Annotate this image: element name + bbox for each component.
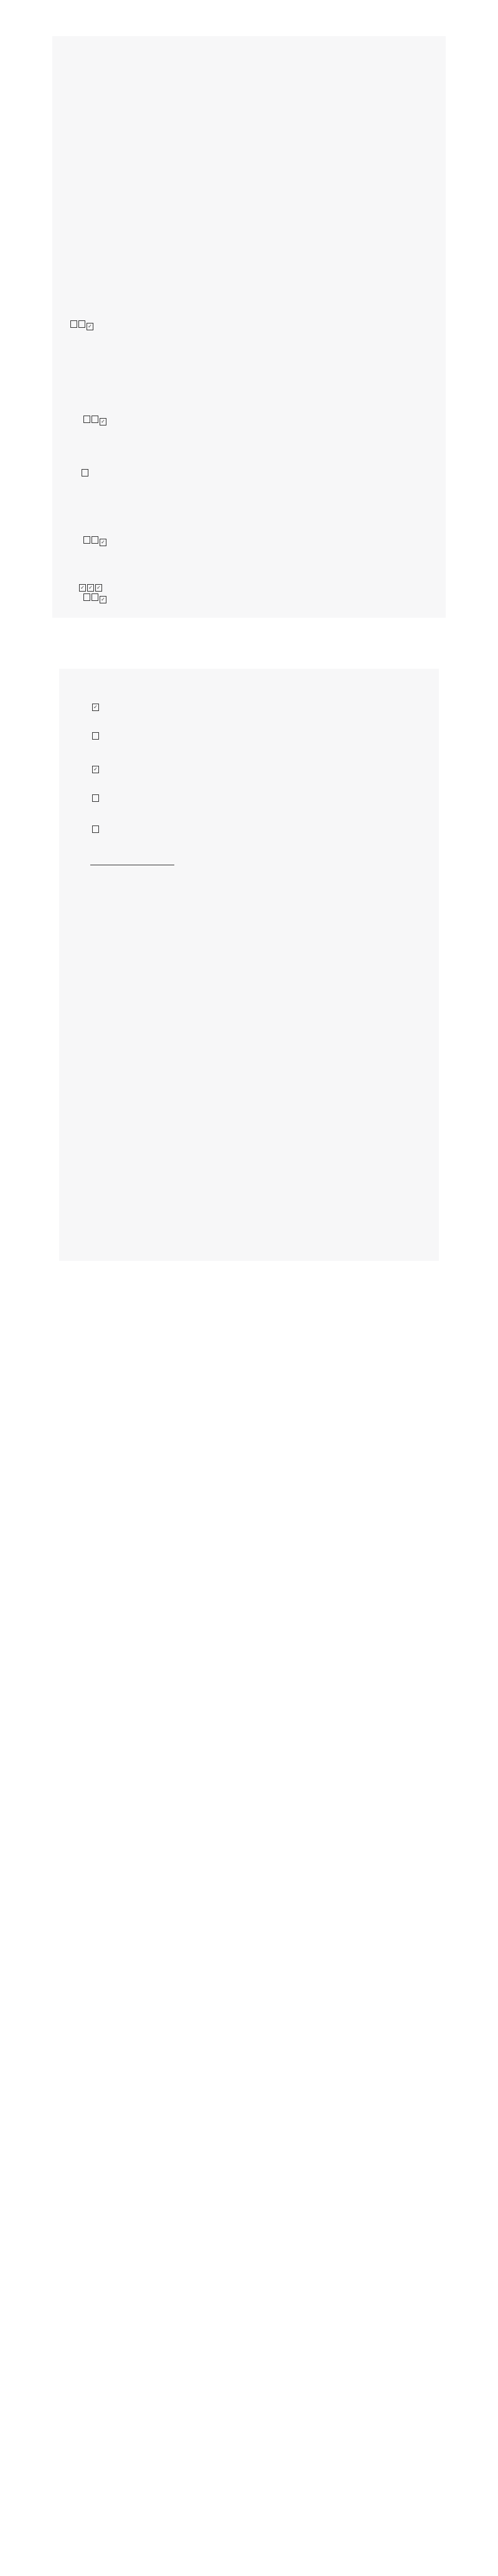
requirement-5: [92, 825, 100, 834]
section-4-1-text: ✓✓✓: [78, 582, 103, 592]
requirement-2: [92, 732, 100, 741]
requirement-6: [90, 858, 174, 867]
other-option: [81, 469, 89, 478]
requirement-3: ✓: [92, 763, 100, 773]
checkbox-service-checked: ✓: [87, 323, 93, 330]
document-page-4: [52, 36, 446, 618]
checkbox-construction: [70, 320, 77, 328]
document-page-5: [59, 669, 439, 1261]
service-location-text: ✓: [83, 593, 107, 603]
requirement-4: [92, 794, 100, 803]
quality-text: ✓: [83, 416, 107, 425]
checkbox-goods: [78, 320, 85, 328]
requirement-1: ✓: [92, 701, 100, 711]
service-period-text: ✓: [83, 536, 107, 546]
section-1-1-text2: ✓: [70, 320, 94, 330]
